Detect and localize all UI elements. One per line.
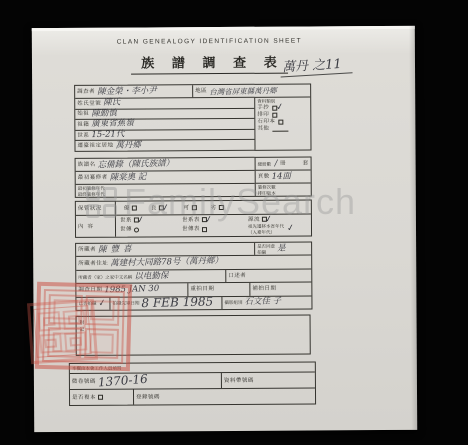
camera-crew-value: 石文佳 子 <box>244 298 281 308</box>
times-label: 纂修次數 <box>258 184 276 189</box>
checkbox <box>202 227 207 232</box>
area-label: 地區 <box>195 88 207 94</box>
surname-label: 姓氏堂號 <box>77 101 101 107</box>
volumes-unit2: 套 <box>303 160 309 166</box>
owner-note-value: 以电勤保 <box>134 272 168 282</box>
origin-value: 廣東省蕉嶺 <box>91 120 134 130</box>
check-icon: ✓ <box>98 300 107 307</box>
custody-table: 所藏者 陳豐喜 是否同意 拍攝 是 所藏者住址 萬建村大同路78号（萬丹鄉） <box>75 241 312 310</box>
surveyor-value: 陳金榮・李小尹 <box>97 86 157 96</box>
settlement-value: 萬丹鄉 <box>115 141 141 151</box>
book-table: 族譜名 忘備錄（陳氏族譜） 最初纂修者 陳棠奧 記 最初纂修年代 最終纂修年代 <box>75 156 312 197</box>
origin-label: 祖籍 <box>77 122 89 128</box>
first-compiler-value: 陳棠奧 記 <box>110 173 147 183</box>
check-icon: ✓ <box>136 216 145 223</box>
remarks-label2: 記 <box>80 327 85 332</box>
checkbox <box>218 205 223 210</box>
owner-value: 陳豐喜 <box>98 245 136 255</box>
remarks-label: 附 <box>80 320 85 325</box>
remarks-box: 附 記 <box>76 314 311 355</box>
accession-number-label: 登錄號碼 <box>136 394 160 400</box>
paper-sheet: CLAN GENEALOGY IDENTIFICATION SHEET 族 譜 … <box>32 26 417 432</box>
generations-value: 15-21代 <box>91 130 124 140</box>
generations-label: 世系 <box>77 132 89 138</box>
survey-date-value: 1985 JAN 30 <box>104 285 159 295</box>
pages-label: 頁數 <box>258 174 270 180</box>
book-title-label: 族譜名 <box>78 162 96 168</box>
content-item-label: 世系表 <box>182 217 200 223</box>
check-icon: ✓ <box>264 216 273 223</box>
founder-value: 陳勤慎 <box>91 109 117 119</box>
sheet-title-zh: 族 譜 調 查 表 <box>131 52 288 75</box>
circle-mark <box>134 227 139 232</box>
owner-note-label: 所藏者（家）之家中文名稱 <box>78 274 132 279</box>
office-use-header: 本欄由本會工作人員填寫 <box>72 366 122 371</box>
content-item-label: 世傳表 <box>182 226 200 232</box>
keep-option-label: 優 <box>124 205 130 211</box>
microfilm-number-value: 1370-16 <box>98 375 148 388</box>
office-use-table: 本欄由本會工作人員填寫 微卷號碼 1370-16 資料帶號碼 是否複本 <box>69 361 316 406</box>
film-done-label: 拍攝完畢日期 <box>112 301 139 306</box>
surname-value: 陳氏 <box>103 99 120 108</box>
checkbox <box>132 206 137 211</box>
content-item-label: 世系 <box>120 217 132 223</box>
category-label: 排印 <box>257 112 269 118</box>
keep-option-label: 良 <box>151 205 157 211</box>
edition-label: 排印版本 <box>258 190 276 195</box>
last-year-label: 最終纂修年代 <box>78 191 105 196</box>
keep-option-label: 可 <box>183 205 189 211</box>
owner-address-value: 萬建村大同路78号（萬丹鄉） <box>110 257 223 269</box>
content-item-label: 世傳 <box>120 227 132 233</box>
check-icon: ✓ <box>287 225 296 232</box>
blank-line <box>272 126 288 132</box>
founder-label: 始祖 <box>77 111 89 117</box>
area-value: 台灣省屏東縣萬丹鄉 <box>209 86 277 97</box>
keep-option-label: 劣 <box>210 205 216 211</box>
owner-label: 所藏者 <box>78 247 96 253</box>
scanned-document-frame: CLAN GENEALOGY IDENTIFICATION SHEET 族 譜 … <box>0 0 468 445</box>
consent-label: 是否同意 <box>257 243 275 248</box>
checkbox <box>191 205 196 210</box>
settlement-label: 遷臺祖定居地 <box>77 143 113 149</box>
survey-date-label: 調查日期 <box>78 287 102 293</box>
microfilm-number-label: 微卷號碼 <box>72 378 96 384</box>
retake-date-label: 重拍日期 <box>190 286 214 292</box>
checkbox <box>98 395 103 400</box>
volumes-value: ∕ <box>274 159 277 168</box>
pages-value: 14面 <box>272 172 292 181</box>
volumes-label: 總冊數 <box>258 161 272 166</box>
volumes-unit: 冊 <box>280 161 286 167</box>
sheet-title-en: CLAN GENEALOGY IDENTIFICATION SHEET <box>18 37 401 46</box>
category-label: 石印本 <box>257 119 275 125</box>
owner-address-label: 所藏者住址 <box>78 260 108 266</box>
film-done-value: 8 FEB 1985 <box>141 298 213 309</box>
surveyor-label: 調查者 <box>77 89 95 95</box>
remarks-value <box>77 313 310 318</box>
content-label: 內容 <box>78 223 97 229</box>
content-item-sublabel: （入臺年代） <box>248 229 284 234</box>
condition-table: 保管狀況 優 良 ✓ 可 <box>75 199 312 237</box>
check-icon: ✓ <box>204 216 213 223</box>
content-item-label: 源流 <box>248 216 260 222</box>
narrator-label: 口述者 <box>228 273 246 279</box>
additional-shot-label: 補拍日期 <box>252 286 276 292</box>
first-year-label: 最初纂修年代 <box>78 185 105 190</box>
identity-table: 調查者 陳金榮・李小尹 地區 台灣省屏東縣萬丹鄉 姓氏堂號 陳氏 始祖 陳勤慎 <box>74 83 311 151</box>
check-icon: ✓ <box>276 104 285 111</box>
corner-annotation: 萬丹 之11 <box>279 52 352 77</box>
first-compiler-label: 最初纂修者 <box>78 175 108 181</box>
consent-label2: 拍攝 <box>257 249 275 254</box>
camera-crew-label: 攝影組別 <box>224 300 242 305</box>
checkbox <box>278 119 283 124</box>
filmed-label: 已否拍攝 <box>78 301 96 306</box>
tape-number-label: 資料帶號碼 <box>224 377 254 383</box>
category-label: 手抄 <box>257 105 269 111</box>
book-title-value: 忘備錄（陳氏族譜） <box>98 159 175 170</box>
keep-label: 保管狀況 <box>78 205 102 211</box>
category-label: 其他 <box>257 126 269 132</box>
check-icon: ✓ <box>161 204 170 211</box>
consent-value: 是 <box>277 244 286 253</box>
duplicate-label: 是否複本 <box>72 394 96 400</box>
